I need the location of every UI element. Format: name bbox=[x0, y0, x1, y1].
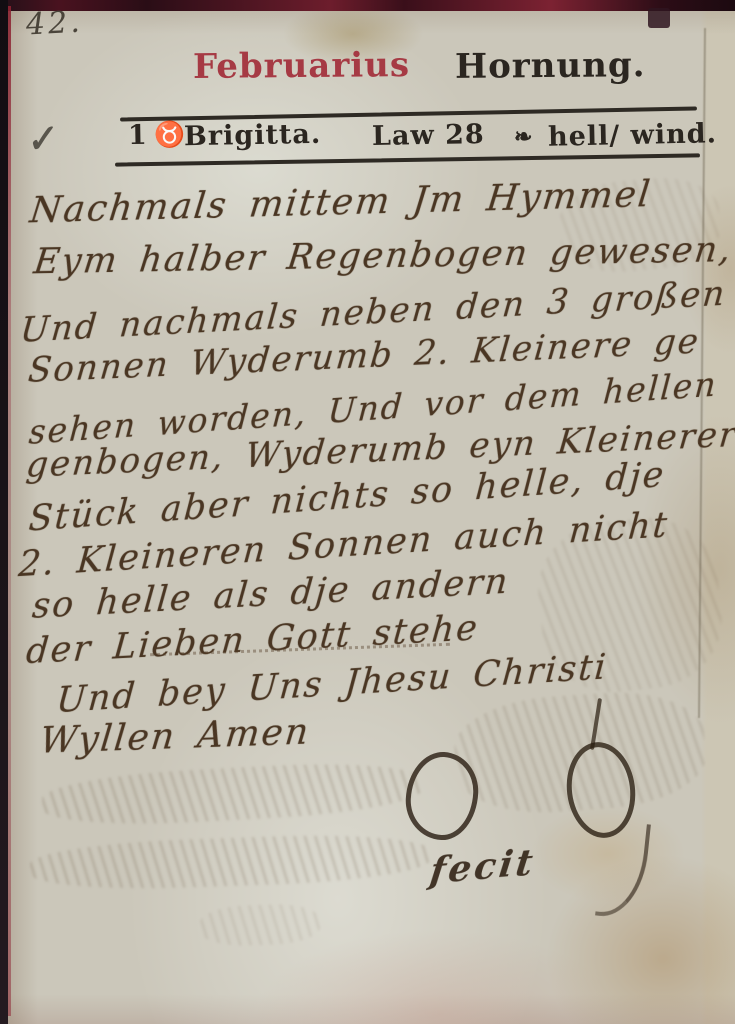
saint-name: Brigitta. bbox=[184, 119, 322, 152]
hedera-ornament-icon: ❧ bbox=[514, 124, 533, 150]
photo-left-border bbox=[0, 0, 8, 1024]
checkmark-icon: ✓ bbox=[27, 116, 58, 163]
month-title-latin: Februarius bbox=[193, 45, 410, 87]
book-top-edge bbox=[0, 0, 735, 11]
month-title-german: Hornung. bbox=[455, 45, 646, 87]
folio-number: 42. bbox=[25, 5, 83, 43]
weather-note: hell/ wind. bbox=[548, 118, 718, 153]
zodiac-taurus-icon: ♉ bbox=[154, 120, 186, 151]
calendar-day-number: 1 bbox=[128, 120, 147, 151]
red-page-edge-line bbox=[8, 6, 11, 1016]
book-edge-notch bbox=[648, 8, 670, 28]
almanac-page-photo: 42. ✓ Februarius Hornung. 1 ♉ Brigitta. … bbox=[0, 0, 735, 1024]
calendar-annotation: Law 28 bbox=[372, 119, 485, 152]
